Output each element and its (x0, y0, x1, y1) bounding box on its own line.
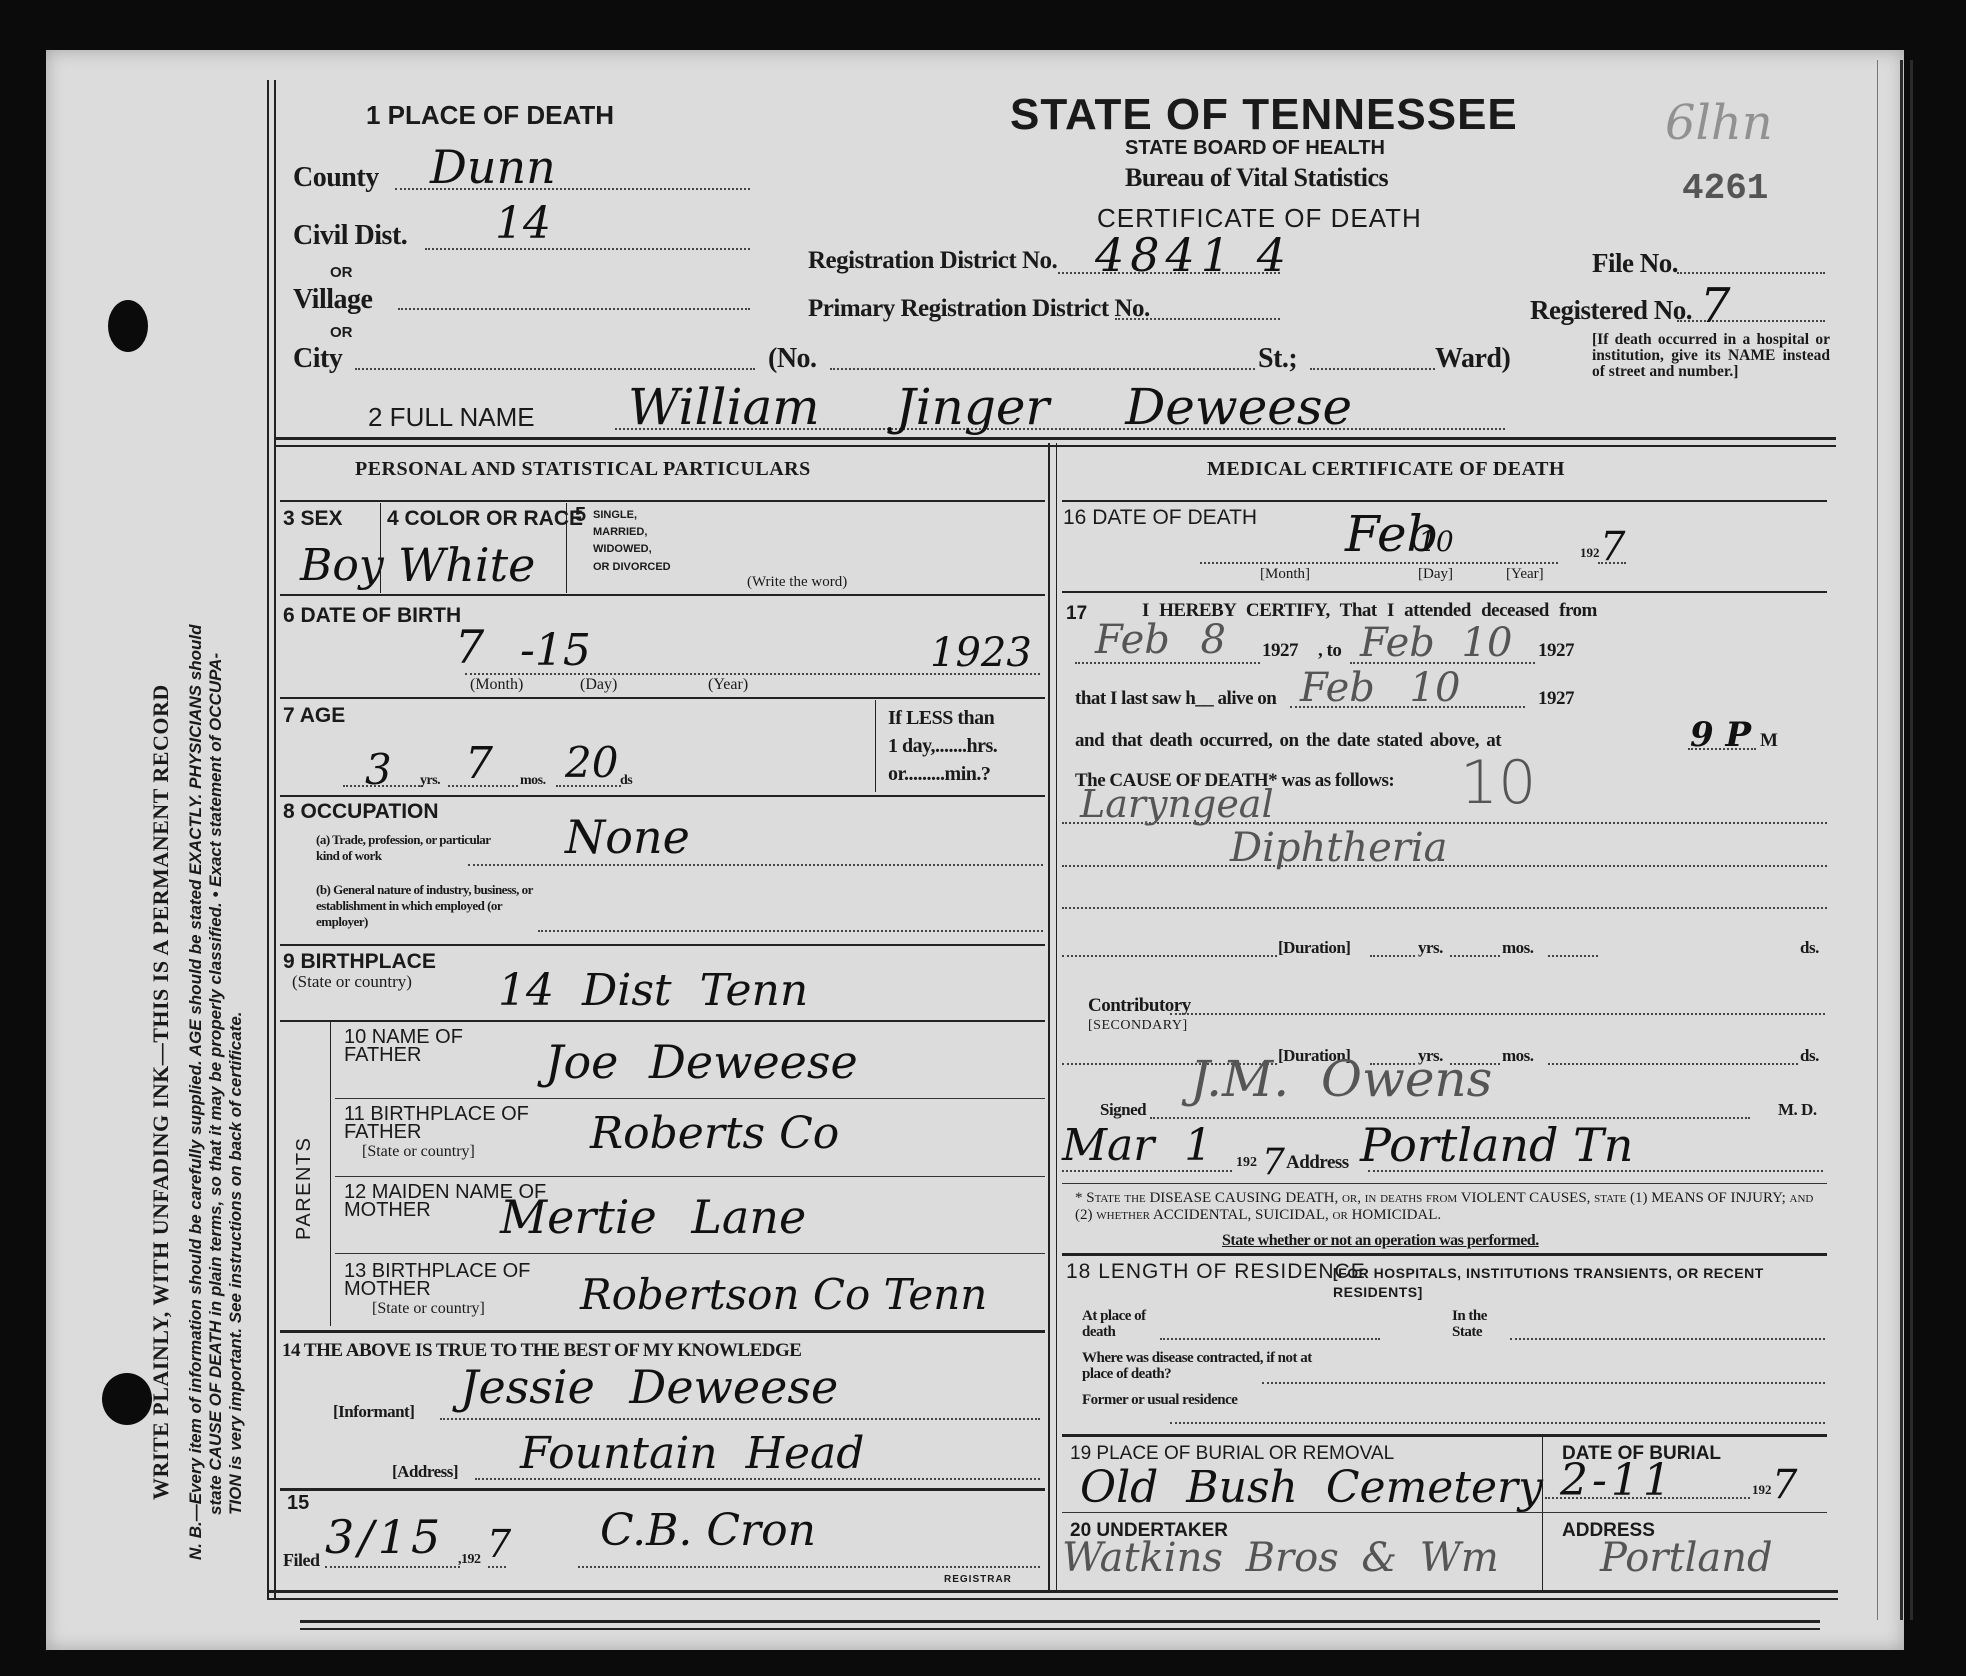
burial-place-value[interactable]: Old Bush Cemetery (1080, 1462, 1543, 1513)
registered-no-value[interactable]: 7 (1700, 278, 1731, 334)
years-unit: yrs. (420, 773, 440, 789)
primary-district-line[interactable] (1115, 318, 1280, 320)
physician-signature[interactable]: J.M. Owens (1190, 1050, 1492, 1108)
county-value[interactable]: Dunn (430, 140, 556, 194)
attended-from-year[interactable]: 1927 (1262, 640, 1298, 662)
in-state-line[interactable] (1510, 1338, 1825, 1340)
occupation-a-label: (a) Trade, profession, or particular kin… (316, 832, 496, 864)
dob-month[interactable]: 7 (455, 620, 484, 674)
less-hours-field[interactable]: 1 day,.......hrs. (888, 735, 997, 758)
dob-day[interactable]: -15 (520, 625, 591, 676)
registration-district-value[interactable]: 4841 4 (1095, 228, 1292, 282)
signed-year[interactable]: 7 (1262, 1142, 1285, 1183)
civil-dist-field-line (425, 248, 750, 250)
dob-label: 6 DATE OF BIRTH (283, 604, 461, 628)
divider (335, 1098, 1045, 1099)
marital-option-single: SINGLE, (593, 509, 637, 521)
at-place-label: At place of death (1082, 1308, 1162, 1340)
occupation-a-value[interactable]: None (565, 810, 690, 864)
ward-field-line[interactable] (1310, 368, 1435, 370)
form-left-border (274, 80, 276, 1600)
sex-label: 3 SEX (283, 507, 343, 531)
duration-days-unit: ds. (1800, 1046, 1819, 1066)
duration-years-unit: yrs. (1418, 938, 1443, 958)
dob-year[interactable]: 1923 (930, 630, 1032, 676)
footnote: * State the DISEASE CAUSING DEATH, or, i… (1075, 1190, 1827, 1224)
at-place-line[interactable] (1160, 1338, 1380, 1340)
street-field-line[interactable] (830, 368, 1255, 370)
cause-code[interactable]: 10 (1460, 748, 1536, 818)
paper-bottom-rule (300, 1620, 1820, 1630)
father-birthplace-label: 11 BIRTHPLACE OF FATHER (344, 1105, 554, 1141)
stamp-number: 4261 (1682, 168, 1768, 209)
or-label: OR (330, 264, 353, 281)
marital-hint: (Write the word) (747, 574, 847, 591)
dod-year-line (1598, 562, 1626, 564)
dod-day[interactable]: 10 (1418, 525, 1454, 558)
column-divider (1056, 443, 1057, 1591)
filed-date-line (325, 1566, 460, 1568)
day-hint: (Day) (580, 676, 617, 694)
paper-edge-line (1900, 60, 1903, 1620)
death-time-label: and that death occurred, on the date sta… (1075, 730, 1501, 752)
duration-months-unit: mos. (1502, 1046, 1534, 1066)
signed-date-value[interactable]: Mar 1 (1062, 1120, 1212, 1171)
duration-days-unit: ds. (1800, 938, 1819, 958)
father-birthplace-hint: [State or country] (362, 1143, 475, 1161)
duration-days-line[interactable] (1548, 1063, 1798, 1065)
birthplace-value[interactable]: 14 Dist Tenn (498, 965, 808, 1016)
duration-years-line[interactable] (1370, 955, 1415, 957)
undertaker-address-value[interactable]: Portland (1600, 1535, 1773, 1581)
margin-note-line2: state CAUSE OF DEATH in plain terms, so … (206, 653, 226, 1515)
birthplace-hint: (State or country) (292, 972, 412, 992)
contributory-line[interactable] (1170, 1013, 1825, 1015)
undertaker-value[interactable]: Watkins Bros & Wm (1062, 1535, 1499, 1581)
dod-day-hint: [Day] (1418, 566, 1453, 583)
age-days[interactable]: 20 (565, 738, 618, 787)
last-saw-label: that I last saw h__ alive on (1075, 688, 1276, 710)
attended-to-value[interactable]: Feb 10 (1360, 620, 1512, 666)
paper-edge-line (1877, 60, 1878, 1620)
occupation-b-label: (b) General nature of industry, business… (316, 882, 546, 930)
primary-district-label: Primary Registration District No. (808, 295, 1150, 323)
board-title: STATE BOARD OF HEALTH (1125, 137, 1385, 160)
divider (380, 503, 381, 593)
ward-label: Ward) (1435, 343, 1510, 375)
divider (1062, 1512, 1827, 1513)
race-label: 4 COLOR OR RACE (387, 507, 583, 531)
father-name-value[interactable]: Joe Deweese (545, 1035, 858, 1089)
divider (1062, 1253, 1827, 1256)
birthplace-label: 9 BIRTHPLACE (283, 950, 436, 974)
cause-value-1[interactable]: Laryngeal (1080, 782, 1274, 826)
registered-no-label: Registered No. (1530, 295, 1692, 326)
physician-address-label: Address (1286, 1152, 1349, 1174)
column-divider (1048, 443, 1050, 1591)
margin-warning: WRITE PLAINLY, WITH UNFADING INK—THIS IS… (148, 200, 174, 1500)
hospital-note: [If death occurred in a hospital or inst… (1592, 332, 1830, 380)
year-hint: (Year) (708, 676, 748, 694)
divider (1062, 1183, 1827, 1184)
signed-year-prefix: 192 (1236, 1155, 1257, 1171)
mother-name-value[interactable]: Mertie Lane (500, 1190, 806, 1244)
former-residence-label: Former or usual residence (1082, 1392, 1242, 1408)
month-hint: (Month) (470, 676, 523, 694)
divider (1062, 1434, 1827, 1437)
cause-value-2[interactable]: Diphtheria (1230, 825, 1448, 871)
divider (280, 500, 1045, 502)
form-bottom-border (268, 1590, 1838, 1600)
marital-option-widowed: WIDOWED, (593, 543, 652, 555)
registrar-label: REGISTRAR (944, 1574, 1012, 1585)
filed-date-value[interactable]: 3/15 (325, 1510, 444, 1564)
divider (335, 1253, 1045, 1254)
or-label: OR (330, 324, 353, 341)
date-of-death-label: 16 DATE OF DEATH (1063, 506, 1257, 530)
signed-label: Signed (1100, 1100, 1146, 1120)
cause-line-4[interactable] (1062, 955, 1277, 957)
paper-edge-line (1910, 60, 1913, 1620)
place-of-death-heading: 1 PLACE OF DEATH (366, 100, 614, 131)
where-contracted-line[interactable] (1262, 1382, 1825, 1384)
full-name-label: 2 FULL NAME (368, 402, 535, 433)
civil-dist-value[interactable]: 14 (495, 198, 551, 249)
attended-from-value[interactable]: Feb 8 (1095, 617, 1226, 663)
parents-bracket (330, 1022, 331, 1326)
less-minutes-field[interactable]: or.........min.? (888, 763, 990, 786)
residence-heading: 18 LENGTH OF RESIDENCE (1066, 1260, 1366, 1284)
marital-option-divorced: OR DIVORCED (593, 561, 671, 573)
cause-line-3[interactable] (1062, 907, 1827, 909)
city-field-line[interactable] (355, 368, 755, 370)
state-title: STATE OF TENNESSEE (1010, 90, 1518, 140)
registrar-line (578, 1566, 1040, 1568)
filed-year[interactable]: 7 (487, 1522, 511, 1566)
former-residence-line[interactable] (1170, 1422, 1825, 1424)
registration-district-label: Registration District No. (808, 247, 1057, 275)
divider (280, 594, 1045, 596)
death-time-value[interactable]: 9 P (1690, 715, 1751, 755)
punch-hole (108, 300, 148, 352)
informant-value[interactable]: Jessie Deweese (460, 1360, 838, 1414)
divider (1062, 500, 1827, 502)
duration-label: [Duration] (1278, 938, 1350, 958)
parents-label: PARENTS (293, 1137, 316, 1240)
divider (280, 795, 1045, 797)
personal-heading: PERSONAL AND STATISTICAL PARTICULARS (355, 458, 811, 481)
death-time-suffix: M (1760, 730, 1777, 752)
operation-note: State whether or not an operation was pe… (1222, 1232, 1539, 1250)
where-contracted-label: Where was disease contracted, if not at … (1082, 1350, 1312, 1382)
full-name-value[interactable]: William Jinger Deweese (628, 378, 1352, 436)
filed-number: 15 (287, 1492, 309, 1515)
street-number-label: (No. (768, 343, 817, 375)
dod-month-hint: [Month] (1260, 566, 1310, 583)
divider (1062, 591, 1827, 593)
father-birthplace-value[interactable]: Roberts Co (590, 1108, 839, 1159)
city-label: City (293, 343, 342, 375)
race-value[interactable]: White (398, 538, 535, 592)
margin-note-line3: TION is very important. See instructions… (226, 1011, 246, 1515)
filed-year-line (488, 1566, 506, 1568)
margin-note-line1: N. B.—Every item of information should b… (186, 625, 206, 1560)
civil-dist-label: Civil Dist. (293, 220, 407, 252)
divider (280, 1330, 1045, 1333)
md-label: M. D. (1778, 1100, 1817, 1120)
mother-birthplace-hint: [State or country] (372, 1300, 485, 1318)
dod-year-prefix: 192 (1580, 545, 1600, 561)
village-field-line[interactable] (398, 308, 750, 310)
days-unit: ds (620, 773, 632, 789)
occupation-a-line (468, 864, 1043, 866)
duration-days-line[interactable] (1548, 955, 1598, 957)
file-no-label: File No. (1592, 248, 1678, 279)
burial-year-prefix: 192 (1752, 1482, 1772, 1498)
attended-to-year[interactable]: 1927 (1538, 640, 1574, 662)
divider (280, 697, 1045, 699)
informant-label: [Informant] (333, 1402, 414, 1422)
duration-months-line[interactable] (1450, 955, 1500, 957)
less-than-day-label: If LESS than (888, 707, 994, 730)
bureau-title: Bureau of Vital Statistics (1125, 163, 1388, 193)
form-left-border (267, 80, 269, 1600)
registrar-value[interactable]: C.B. Cron (600, 1505, 816, 1556)
occupation-label: 8 OCCUPATION (283, 800, 439, 824)
informant-heading: 14 THE ABOVE IS TRUE TO THE BEST OF MY K… (282, 1340, 801, 1362)
duration-months-unit: mos. (1502, 938, 1534, 958)
burial-date-value[interactable]: 2-11 (1560, 1455, 1675, 1506)
certify-number: 17 (1066, 603, 1087, 625)
divider (566, 503, 567, 593)
marital-number: 5 (575, 504, 586, 527)
divider (335, 1176, 1045, 1177)
age-label: 7 AGE (283, 704, 345, 728)
father-name-label: 10 NAME OF FATHER (344, 1028, 524, 1064)
secondary-label: [SECONDARY] (1088, 1018, 1188, 1034)
file-no-line[interactable] (1677, 272, 1825, 274)
burial-year[interactable]: 7 (1772, 1462, 1797, 1508)
street-label: St.; (1258, 343, 1297, 375)
informant-address-value[interactable]: Fountain Head (520, 1428, 864, 1479)
age-months[interactable]: 7 (465, 738, 493, 789)
punch-hole (102, 1373, 152, 1425)
filed-label: Filed (283, 1550, 320, 1571)
filed-year-prefix: ,192 (458, 1552, 481, 1568)
divider (280, 1020, 1045, 1022)
divider (1542, 1437, 1543, 1592)
informant-address-label: [Address] (392, 1462, 458, 1482)
last-saw-year[interactable]: 1927 (1538, 688, 1574, 710)
medical-heading: MEDICAL CERTIFICATE OF DEATH (1207, 458, 1565, 481)
dod-year-hint: [Year] (1506, 566, 1544, 583)
to-label: , to (1318, 640, 1341, 662)
informant-line (440, 1418, 1040, 1420)
mother-birthplace-label: 13 BIRTHPLACE OF MOTHER (344, 1262, 564, 1298)
occupation-b-line[interactable] (538, 930, 1043, 932)
last-saw-value[interactable]: Feb 10 (1300, 665, 1460, 711)
age-years[interactable]: 3 (365, 745, 392, 794)
marital-option-married: MARRIED, (593, 526, 647, 538)
months-unit: mos. (520, 773, 546, 789)
physician-address-value[interactable]: Portland Tn (1360, 1118, 1633, 1172)
in-state-label: In the State (1452, 1308, 1512, 1340)
mother-birthplace-value[interactable]: Robertson Co Tenn (580, 1270, 987, 1319)
village-label: Village (293, 284, 372, 316)
sex-value[interactable]: Boy (300, 540, 384, 591)
divider (280, 944, 1045, 946)
county-label: County (293, 162, 379, 194)
divider (280, 1488, 1045, 1491)
divider (875, 700, 876, 792)
residence-subheading: [FOR HOSPITALS, INSTITUTIONS TRANSIENTS,… (1333, 1264, 1828, 1302)
stamp-initials: 6lhn (1665, 95, 1773, 151)
